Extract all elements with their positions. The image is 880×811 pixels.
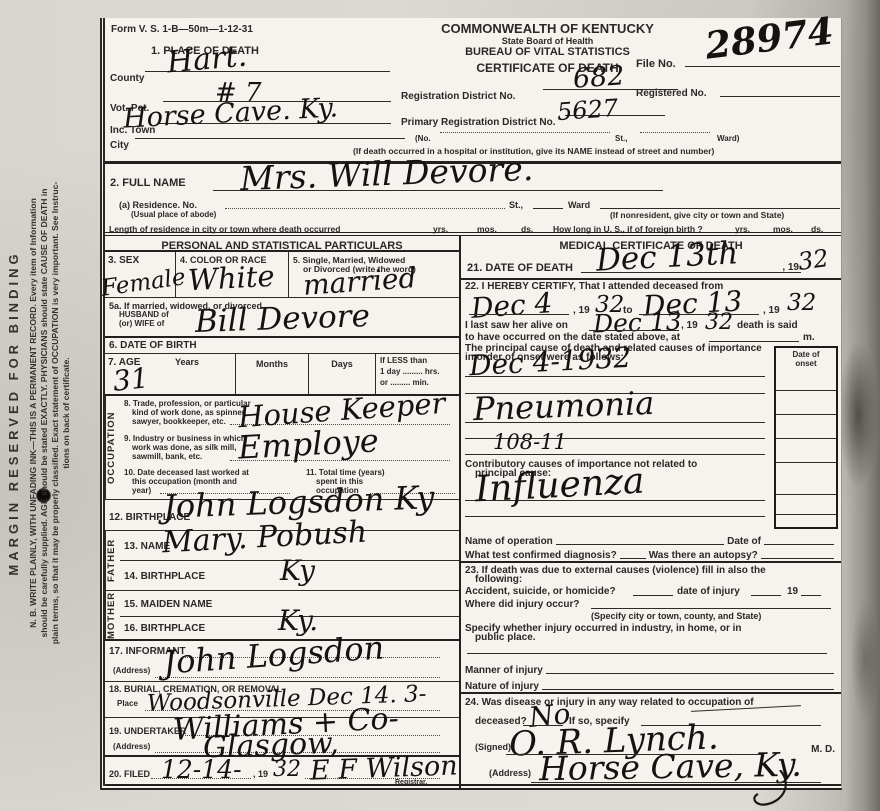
age-years-header: Years (175, 357, 199, 367)
binding-margin: MARGIN RESERVED FOR BINDING N. B. WRITE … (6, 24, 72, 802)
trade-label-2: kind of work done, as spinner, (132, 408, 247, 417)
age-days-cell: Days (309, 354, 376, 394)
last-worked-label-1: 10. Date deceased last worked at (124, 468, 249, 477)
father-birthplace-value: Ky (280, 557, 315, 585)
primary-district-value: 5627 (556, 96, 619, 124)
sex-label: 3. SEX (108, 255, 139, 266)
cause-rule (465, 454, 765, 455)
residence-line (225, 208, 505, 209)
personal-title: PERSONAL AND STATISTICAL PARTICULARS (161, 240, 402, 252)
age-less-3: or ......... min. (380, 378, 429, 387)
birthplace-value: John Logsdon Ky (163, 481, 435, 522)
filed-year-printed: , 19 (253, 769, 268, 779)
from-year-printed: , 19 (573, 305, 590, 316)
from-line (469, 314, 569, 315)
age-less-1: If LESS than (380, 356, 427, 365)
registrar-label: Registrar, (395, 779, 427, 786)
age-less-2: 1 day ......... hrs. (380, 367, 440, 376)
age-months-cell: Months (236, 354, 309, 394)
occurred-m: m. (803, 332, 815, 343)
date-of-death-label: 21. DATE OF DEATH (467, 262, 573, 274)
residence-label: (a) Residence. No. (119, 200, 197, 210)
injury-date-label: date of injury (677, 586, 740, 597)
address-label: (Address) (489, 768, 531, 778)
nature-line (542, 689, 834, 690)
last-worked-label-3: year) (132, 486, 151, 495)
scanned-death-certificate: MARGIN RESERVED FOR BINDING N. B. WRITE … (0, 0, 880, 811)
binding-margin-title: MARGIN RESERVED FOR BINDING (6, 24, 21, 802)
contributory-value: Influenza (474, 464, 645, 509)
father-birthplace-label: 14. BIRTHPLACE (124, 571, 205, 582)
cause-onset-date-value: Dec 4-1932 (468, 344, 631, 380)
registrar-signature: E F Wilson (310, 752, 459, 784)
contrib-rule (465, 516, 765, 517)
external-causes-block: 23. If death was due to external causes … (461, 563, 841, 659)
signature-flourish (740, 770, 800, 811)
reg-district-label: Registration District No. (401, 91, 515, 102)
q24-statement: 24. Was disease or injury in any way rel… (465, 697, 754, 708)
residence-ward-line (600, 208, 840, 209)
total-time-label-1: 11. Total time (years) (306, 468, 385, 477)
filed-label: 20. FILED (109, 769, 150, 779)
last-saw-line (589, 330, 679, 331)
state-board: State Board of Health (395, 36, 700, 46)
filed-date-value: 12-14- (161, 757, 242, 782)
bureau: BUREAU OF VITAL STATISTICS (395, 46, 700, 58)
registered-no-label: Registered No. (636, 88, 707, 99)
dod-year-printed: , 19 (782, 262, 799, 273)
inc-town-value: Horse Cave. Ky. (122, 94, 338, 132)
cause-block: Date of onset Dec 4-1932 (461, 360, 841, 530)
test-label: What test confirmed diagnosis? (465, 550, 617, 561)
undertaker-address-label: (Address) (113, 742, 150, 751)
nb-note-line3: plain terms, so that it may be properly … (50, 24, 61, 802)
race-cell: 4. COLOR OR RACE White (176, 252, 289, 297)
test-line (620, 558, 646, 559)
spouse-label-3: (or) WIFE of (119, 319, 164, 328)
residence-row: (a) Residence. No. (Usual place of abode… (105, 196, 841, 222)
marital-cell: 5. Single, Married, Widowed or Divorced … (289, 252, 459, 297)
form-header: Form V. S. 1-B—50m—1-12-31 1. PLACE OF D… (105, 18, 841, 132)
industry-label-2: work was done, as silk mill, (132, 443, 236, 452)
onset-header-1: Date of (776, 348, 836, 359)
where-injury-line (591, 608, 831, 609)
nature-label: Nature of injury (465, 681, 539, 692)
where-note: (Specify city or town, county, and State… (591, 611, 761, 621)
county-value: Hart. (166, 42, 248, 79)
age-months-header: Months (256, 359, 288, 369)
city-label: City (110, 140, 129, 151)
personal-column: PERSONAL AND STATISTICAL PARTICULARS 3. … (105, 236, 461, 790)
manner-label: Manner of injury (465, 665, 543, 676)
full-name-row: 2. FULL NAME Mrs. Will Devore. (105, 164, 841, 196)
onset-line (776, 438, 836, 439)
last-saw-year-value: 32 (705, 312, 733, 334)
manner-row: Manner of injury (461, 659, 841, 676)
abode-note: (Usual place of abode) (131, 210, 216, 219)
date-of-death-value: Dec 13th (595, 238, 739, 276)
principal-cause-value: Pneumonia (472, 387, 654, 425)
test-row: What test confirmed diagnosis? Was there… (461, 547, 841, 563)
age-days-header: Days (331, 359, 353, 369)
mother-birthplace-label: 16. BIRTHPLACE (124, 623, 205, 634)
certificate-form: Form V. S. 1-B—50m—1-12-31 1. PLACE OF D… (100, 18, 842, 790)
where-injury-label: Where did injury occur? (465, 599, 579, 610)
mother-vertical-label: MOTHER (105, 591, 120, 639)
operation-date-line (764, 544, 834, 545)
full-name-value: Mrs. Will Devore. (240, 152, 534, 195)
date-of-onset-box: Date of onset (774, 346, 838, 529)
father-name-value: Mary. Pobush (161, 518, 368, 559)
dob-label: 6. DATE OF BIRTH (109, 340, 197, 351)
operation-date-label: Date of (727, 536, 761, 547)
nb-note-line2: should be carefully supplied. AGE should… (39, 24, 50, 802)
cause-code-value: 108-11 (493, 432, 567, 453)
sex-value: Female (100, 266, 187, 301)
q23-line-2: following: (475, 574, 522, 585)
autopsy-line (761, 558, 834, 559)
to-year-printed: , 19 (763, 305, 780, 316)
full-name-label: 2. FULL NAME (110, 177, 186, 189)
operation-row: Name of operation Date of (461, 530, 841, 547)
dod-year-value: 32 (797, 246, 831, 274)
file-no-label: File No. (636, 58, 676, 70)
injury-19: 19 (787, 586, 798, 597)
onset-line (776, 390, 836, 391)
death-is-said: death is said (737, 320, 798, 331)
registered-no-line (720, 96, 840, 97)
last-saw-label: I last saw her alive on (465, 320, 568, 331)
attended-from-value: Dec 4 (470, 289, 553, 323)
residence-st-line (533, 208, 563, 209)
accident-label: Accident, suicide, or homicide? (465, 586, 616, 597)
form-number: Form V. S. 1-B—50m—1-12-31 (111, 24, 253, 35)
to-year-value: 32 (787, 292, 816, 315)
onset-header-2: onset (776, 359, 836, 368)
last-saw-year-printed: , 19 (681, 320, 698, 331)
blank-rule (467, 653, 827, 654)
last-worked-label-2: this occupation (month and (132, 477, 237, 486)
sex-cell: 3. SEX Female (105, 252, 176, 297)
accident-line (633, 595, 673, 596)
city-no-label: (No. (415, 134, 431, 143)
signed-label: (Signed) (475, 742, 511, 752)
filed-year-value: 32 (273, 759, 301, 781)
residence-st-label: St., (509, 200, 523, 210)
specify-line-2: public place. (475, 632, 536, 643)
father-vertical-label: FATHER (105, 531, 120, 590)
primary-district-label: Primary Registration District No. (401, 117, 555, 128)
injury-19-line (801, 595, 821, 596)
industry-value: Employe (237, 424, 379, 463)
burial-place-label: Place (117, 699, 138, 708)
spouse-value: Bill Devore (195, 301, 371, 338)
operation-line (556, 544, 724, 545)
medical-column: MEDICAL CERTIFICATE OF DEATH 21. DATE OF… (461, 236, 841, 790)
city-st-label: St., (615, 134, 627, 143)
city-ward-label: Ward) (717, 134, 739, 143)
trade-label-1: 8. Trade, profession, or particular (124, 399, 251, 408)
onset-line (776, 462, 836, 463)
spouse-label-2: HUSBAND of (119, 310, 169, 319)
md-label: M. D. (811, 744, 835, 755)
occurred-statement: to have occurred on the date stated abov… (465, 332, 680, 343)
onset-line (776, 514, 836, 515)
residence-ward-label: Ward (568, 200, 590, 210)
age-cell: 7. AGE Years 31 (105, 354, 236, 394)
mother-birthplace-value: Ky. (278, 607, 318, 635)
autopsy-label: Was there an autopsy? (649, 550, 758, 561)
race-value: White (187, 262, 275, 295)
onset-line (776, 494, 836, 495)
age-value: 31 (112, 364, 150, 396)
marital-value: married (302, 264, 417, 300)
occupation-vertical-label: OCCUPATION (105, 396, 120, 499)
nb-note-line1: N. B. WRITE PLAINLY, WITH UNFADING INK—T… (28, 24, 39, 802)
industry-label-3: sawmill, bank, etc. (132, 452, 202, 461)
scan-smudge (838, 340, 878, 490)
city-st-line (640, 132, 710, 133)
nonresident-note: (If nonresident, give city or town and S… (610, 210, 784, 220)
informant-address-label: (Address) (113, 666, 150, 675)
manner-line (546, 673, 834, 674)
file-no-value: 28974 (703, 12, 835, 64)
nature-row: Nature of injury (461, 676, 841, 694)
operation-label: Name of operation (465, 536, 553, 547)
trade-label-3: sawyer, bookkeeper, etc. (132, 417, 226, 426)
city-line (135, 138, 405, 139)
injury-date-line (751, 595, 781, 596)
onset-line (776, 414, 836, 415)
occurred-line (709, 341, 799, 342)
city-no-line (440, 132, 610, 133)
industry-label-1: 9. Industry or business in which (124, 434, 246, 443)
nb-note-line4: tions on back of certificate. (61, 24, 72, 802)
mother-maiden-label: 15. MAIDEN NAME (124, 599, 212, 610)
reg-district-value: 682 (572, 62, 625, 93)
scan-smudge-lower (850, 600, 880, 720)
county-label: County (110, 73, 144, 84)
commonwealth-title: COMMONWEALTH OF KENTUCKY (395, 21, 700, 36)
